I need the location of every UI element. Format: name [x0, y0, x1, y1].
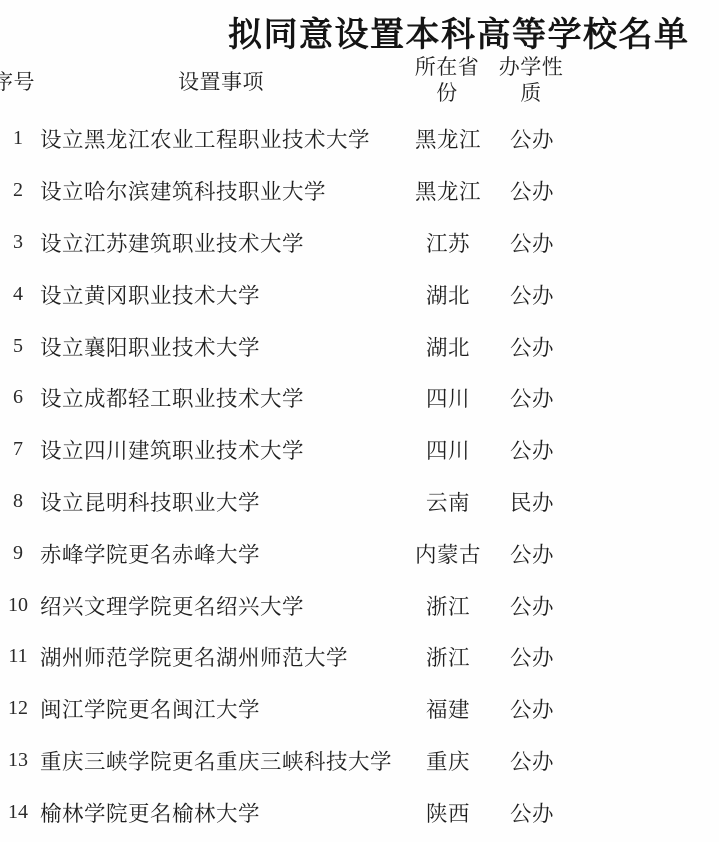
header-nature-label: 办学性质 — [497, 55, 565, 107]
cell-nature: 公办 — [488, 434, 576, 465]
approval-table: 序号 设置事项 所在省份 办学性质 1 设立黑龙江农业工程职业技术大学 黑龙江 … — [0, 48, 719, 838]
cell-item: 湖州师范学院更名湖州师范大学 — [36, 641, 408, 672]
cell-no: 4 — [0, 283, 36, 306]
cell-item: 设立哈尔滨建筑科技职业大学 — [36, 175, 408, 206]
cell-province: 四川 — [408, 382, 488, 413]
document-page: 拟同意设置本科高等学校名单 序号 设置事项 所在省份 办学性质 1 设立黑龙江农… — [0, 0, 719, 842]
cell-item: 重庆三峡学院更名重庆三峡科技大学 — [36, 745, 408, 776]
cell-item: 设立襄阳职业技术大学 — [36, 331, 408, 362]
cell-nature: 公办 — [488, 797, 576, 828]
cell-province: 黑龙江 — [408, 175, 488, 206]
cell-no: 11 — [0, 645, 36, 668]
cell-province: 重庆 — [408, 745, 488, 776]
header-cell-nature: 办学性质 — [487, 55, 575, 107]
cell-nature: 公办 — [488, 745, 576, 776]
cell-province: 四川 — [408, 434, 488, 465]
cell-nature: 民办 — [488, 486, 576, 517]
cell-nature: 公办 — [488, 382, 576, 413]
cell-no: 9 — [0, 542, 36, 565]
cell-province: 浙江 — [408, 641, 488, 672]
cell-nature: 公办 — [488, 227, 576, 258]
cell-province: 黑龙江 — [408, 123, 488, 154]
cell-no: 7 — [0, 438, 36, 461]
cell-item: 设立黑龙江农业工程职业技术大学 — [36, 123, 408, 154]
cell-item: 设立四川建筑职业技术大学 — [36, 434, 408, 465]
cell-province: 福建 — [408, 693, 488, 724]
cell-no: 13 — [0, 749, 36, 772]
table-row: 9 赤峰学院更名赤峰大学 内蒙古 公办 — [0, 527, 719, 579]
cell-no: 5 — [0, 335, 36, 358]
cell-province: 陕西 — [408, 797, 488, 828]
header-cell-province: 所在省份 — [407, 55, 487, 107]
cell-province: 湖北 — [408, 279, 488, 310]
cell-nature: 公办 — [488, 538, 576, 569]
cell-no: 8 — [0, 490, 36, 513]
cell-no: 1 — [0, 127, 36, 150]
cell-item: 绍兴文理学院更名绍兴大学 — [36, 590, 408, 621]
table-body: 1 设立黑龙江农业工程职业技术大学 黑龙江 公办 2 设立哈尔滨建筑科技职业大学… — [0, 113, 719, 838]
cell-no: 10 — [0, 594, 36, 617]
table-row: 13 重庆三峡学院更名重庆三峡科技大学 重庆 公办 — [0, 735, 719, 787]
cell-item: 榆林学院更名榆林大学 — [36, 797, 408, 828]
cell-item: 闽江学院更名闽江大学 — [36, 693, 408, 724]
cell-nature: 公办 — [488, 175, 576, 206]
header-cell-no: 序号 — [0, 66, 35, 96]
cell-province: 云南 — [408, 486, 488, 517]
cell-nature: 公办 — [488, 123, 576, 154]
cell-no: 14 — [0, 801, 36, 824]
table-row: 11 湖州师范学院更名湖州师范大学 浙江 公办 — [0, 631, 719, 683]
table-row: 3 设立江苏建筑职业技术大学 江苏 公办 — [0, 217, 719, 269]
table-row: 1 设立黑龙江农业工程职业技术大学 黑龙江 公办 — [0, 113, 719, 165]
table-row: 12 闽江学院更名闽江大学 福建 公办 — [0, 683, 719, 735]
cell-no: 12 — [0, 697, 36, 720]
cell-province: 江苏 — [408, 227, 488, 258]
table-row: 7 设立四川建筑职业技术大学 四川 公办 — [0, 424, 719, 476]
cell-nature: 公办 — [488, 641, 576, 672]
header-province-label: 所在省份 — [413, 55, 481, 107]
cell-no: 2 — [0, 179, 36, 202]
header-cell-item: 设置事项 — [35, 66, 407, 96]
cell-item: 设立昆明科技职业大学 — [36, 486, 408, 517]
cell-item: 设立成都轻工职业技术大学 — [36, 382, 408, 413]
cell-nature: 公办 — [488, 590, 576, 621]
cell-province: 湖北 — [408, 331, 488, 362]
cell-item: 设立黄冈职业技术大学 — [36, 279, 408, 310]
cell-nature: 公办 — [488, 331, 576, 362]
cell-nature: 公办 — [488, 693, 576, 724]
cell-no: 3 — [0, 231, 36, 254]
cell-no: 6 — [0, 386, 36, 409]
cell-item: 赤峰学院更名赤峰大学 — [36, 538, 408, 569]
table-row: 10 绍兴文理学院更名绍兴大学 浙江 公办 — [0, 579, 719, 631]
table-row: 14 榆林学院更名榆林大学 陕西 公办 — [0, 786, 719, 838]
table-row: 4 设立黄冈职业技术大学 湖北 公办 — [0, 268, 719, 320]
table-row: 2 设立哈尔滨建筑科技职业大学 黑龙江 公办 — [0, 165, 719, 217]
table-row: 8 设立昆明科技职业大学 云南 民办 — [0, 476, 719, 528]
cell-province: 浙江 — [408, 590, 488, 621]
cell-item: 设立江苏建筑职业技术大学 — [36, 227, 408, 258]
table-row: 6 设立成都轻工职业技术大学 四川 公办 — [0, 372, 719, 424]
cell-nature: 公办 — [488, 279, 576, 310]
table-row: 5 设立襄阳职业技术大学 湖北 公办 — [0, 320, 719, 372]
table-header-row: 序号 设置事项 所在省份 办学性质 — [0, 48, 719, 113]
cell-province: 内蒙古 — [408, 538, 488, 569]
